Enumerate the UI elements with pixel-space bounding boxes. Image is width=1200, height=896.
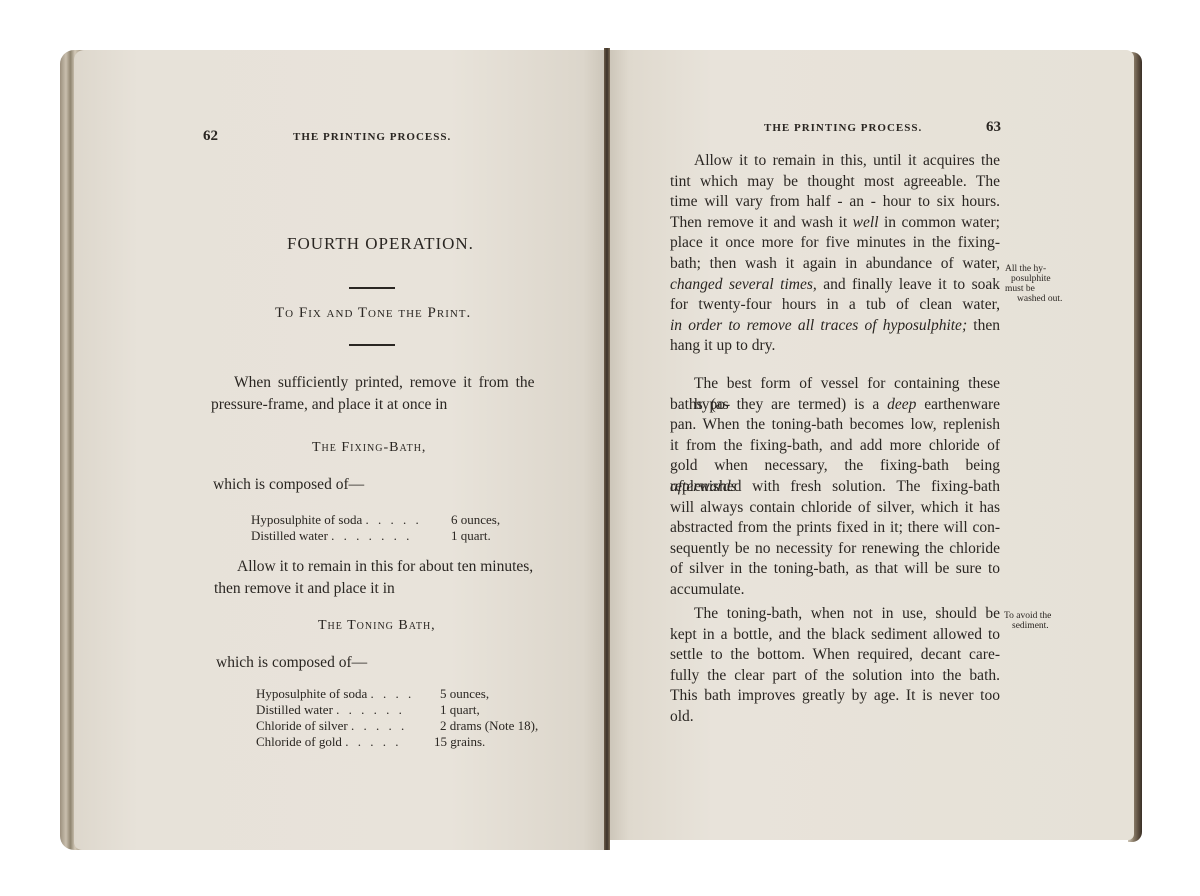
recipe-row: Chloride of gold . . . . . 15 grains.: [256, 734, 401, 750]
paragraph-line: The toning-bath, when not in use, should…: [694, 604, 1000, 625]
paragraph-line: time will vary from half - an - hour to …: [670, 192, 1000, 213]
paragraph-line: changed several times, and finally leave…: [670, 275, 1000, 296]
recipe-ingredient: Chloride of gold: [256, 734, 342, 749]
recipe-dots: . . . .: [370, 686, 414, 701]
recipe-amount: 5 ounces,: [440, 686, 489, 702]
recipe-amount: 15 grains.: [434, 734, 485, 750]
recipe-amount: 6 ounces,: [451, 512, 500, 528]
recipe-row: Distilled water . . . . . . . 1 quart.: [251, 528, 412, 544]
recipe-amount: 2 drams (Note 18),: [440, 718, 538, 734]
paragraph-line: hang it up to dry.: [670, 336, 775, 357]
recipe-row: Hyposulphite of soda . . . . 5 ounces,: [256, 686, 414, 702]
recipe-dots: . . . . .: [351, 718, 407, 733]
paragraph-line: pressure-frame, and place it at once in: [211, 395, 447, 416]
margin-note-hyposulphite: All the hy- posulphite must be washed ou…: [1005, 264, 1062, 304]
recipe-ingredient: Chloride of silver: [256, 718, 348, 733]
paragraph-line: kept in a bottle, and the black sediment…: [670, 625, 1000, 646]
margin-note-sediment: To avoid the sediment.: [1004, 611, 1051, 631]
recipe-dots: . . . . .: [365, 512, 421, 527]
paragraph-line: of silver in the toning-bath, as that wi…: [670, 559, 1000, 580]
paragraph-line: old.: [670, 707, 694, 728]
divider-rule: [349, 344, 395, 346]
fixing-bath-heading: The Fixing-Bath,: [312, 440, 426, 456]
recipe-dots: . . . . . .: [336, 702, 405, 717]
paragraph-line: abstracted from the prints fixed in it; …: [670, 518, 1000, 539]
page-number-left: 62: [203, 128, 218, 145]
recipe-ingredient: Distilled water: [256, 702, 333, 717]
paragraph-line: in order to remove all traces of hyposul…: [670, 316, 1000, 337]
paragraph-line: Then remove it and wash it well in commo…: [670, 213, 1000, 234]
page-number-right: 63: [986, 119, 1001, 136]
toning-bath-heading: The Toning Bath,: [318, 618, 436, 634]
paragraph-line: place it once more for five minutes in t…: [670, 233, 1000, 254]
recipe-row: Chloride of silver . . . . . 2 drams (No…: [256, 718, 407, 734]
paragraph-line: tint which may be thought most agreeable…: [670, 172, 1000, 193]
recipe-ingredient: Hyposulphite of soda: [251, 512, 362, 527]
paragraph-line: for twenty-four hours in a tub of clean …: [670, 295, 1000, 316]
recipe-row: Distilled water . . . . . . 1 quart,: [256, 702, 405, 718]
paragraph-line: replenished with fresh solution. The fix…: [670, 477, 1000, 498]
paragraph-line: will always contain chloride of silver, …: [670, 498, 1000, 519]
paragraph-line: it from the fixing-bath, and add more ch…: [670, 436, 1000, 457]
book-gutter: [604, 48, 610, 850]
recipe-dots: . . . . . . .: [331, 528, 412, 543]
fixing-bath-intro: which is composed of—: [213, 475, 364, 496]
paragraph-line: When sufficiently printed, remove it fro…: [234, 373, 535, 394]
paragraph-line: sequently be no necessity for renewing t…: [670, 539, 1000, 560]
recipe-row: Hyposulphite of soda . . . . . 6 ounces,: [251, 512, 422, 528]
paragraph-line: pan. When the toning-bath becomes low, r…: [670, 415, 1000, 436]
section-subtitle: To Fix and Tone the Print.: [275, 305, 471, 322]
paragraph-line: fully the clear part of the solution int…: [670, 666, 1000, 687]
open-book: 62 THE PRINTING PROCESS. FOURTH OPERATIO…: [0, 0, 1200, 896]
paragraph-line: This bath improves greatly by age. It is…: [670, 686, 1000, 707]
section-title: FOURTH OPERATION.: [287, 234, 474, 254]
recipe-ingredient: Distilled water: [251, 528, 328, 543]
recipe-ingredient: Hyposulphite of soda: [256, 686, 367, 701]
paragraph-line: settle to the bottom. When required, dec…: [670, 645, 1000, 666]
paragraph-line: Allow it to remain in this for about ten…: [237, 557, 533, 578]
paragraph-line: accumulate.: [670, 580, 744, 601]
running-head-left: THE PRINTING PROCESS.: [293, 131, 451, 143]
paragraph-line: then remove it and place it in: [214, 579, 395, 600]
recipe-dots: . . . . .: [345, 734, 401, 749]
toning-bath-intro: which is composed of—: [216, 653, 367, 674]
recipe-amount: 1 quart,: [440, 702, 480, 718]
recipe-amount: 1 quart.: [451, 528, 491, 544]
paragraph-line: baths (as they are termed) is a deep ear…: [670, 395, 1000, 416]
divider-rule: [349, 287, 395, 289]
running-head-right: THE PRINTING PROCESS.: [764, 122, 922, 134]
paragraph-line: Allow it to remain in this, until it acq…: [694, 151, 1000, 172]
paragraph-line: bath; then wash it again in abundance of…: [670, 254, 1000, 275]
